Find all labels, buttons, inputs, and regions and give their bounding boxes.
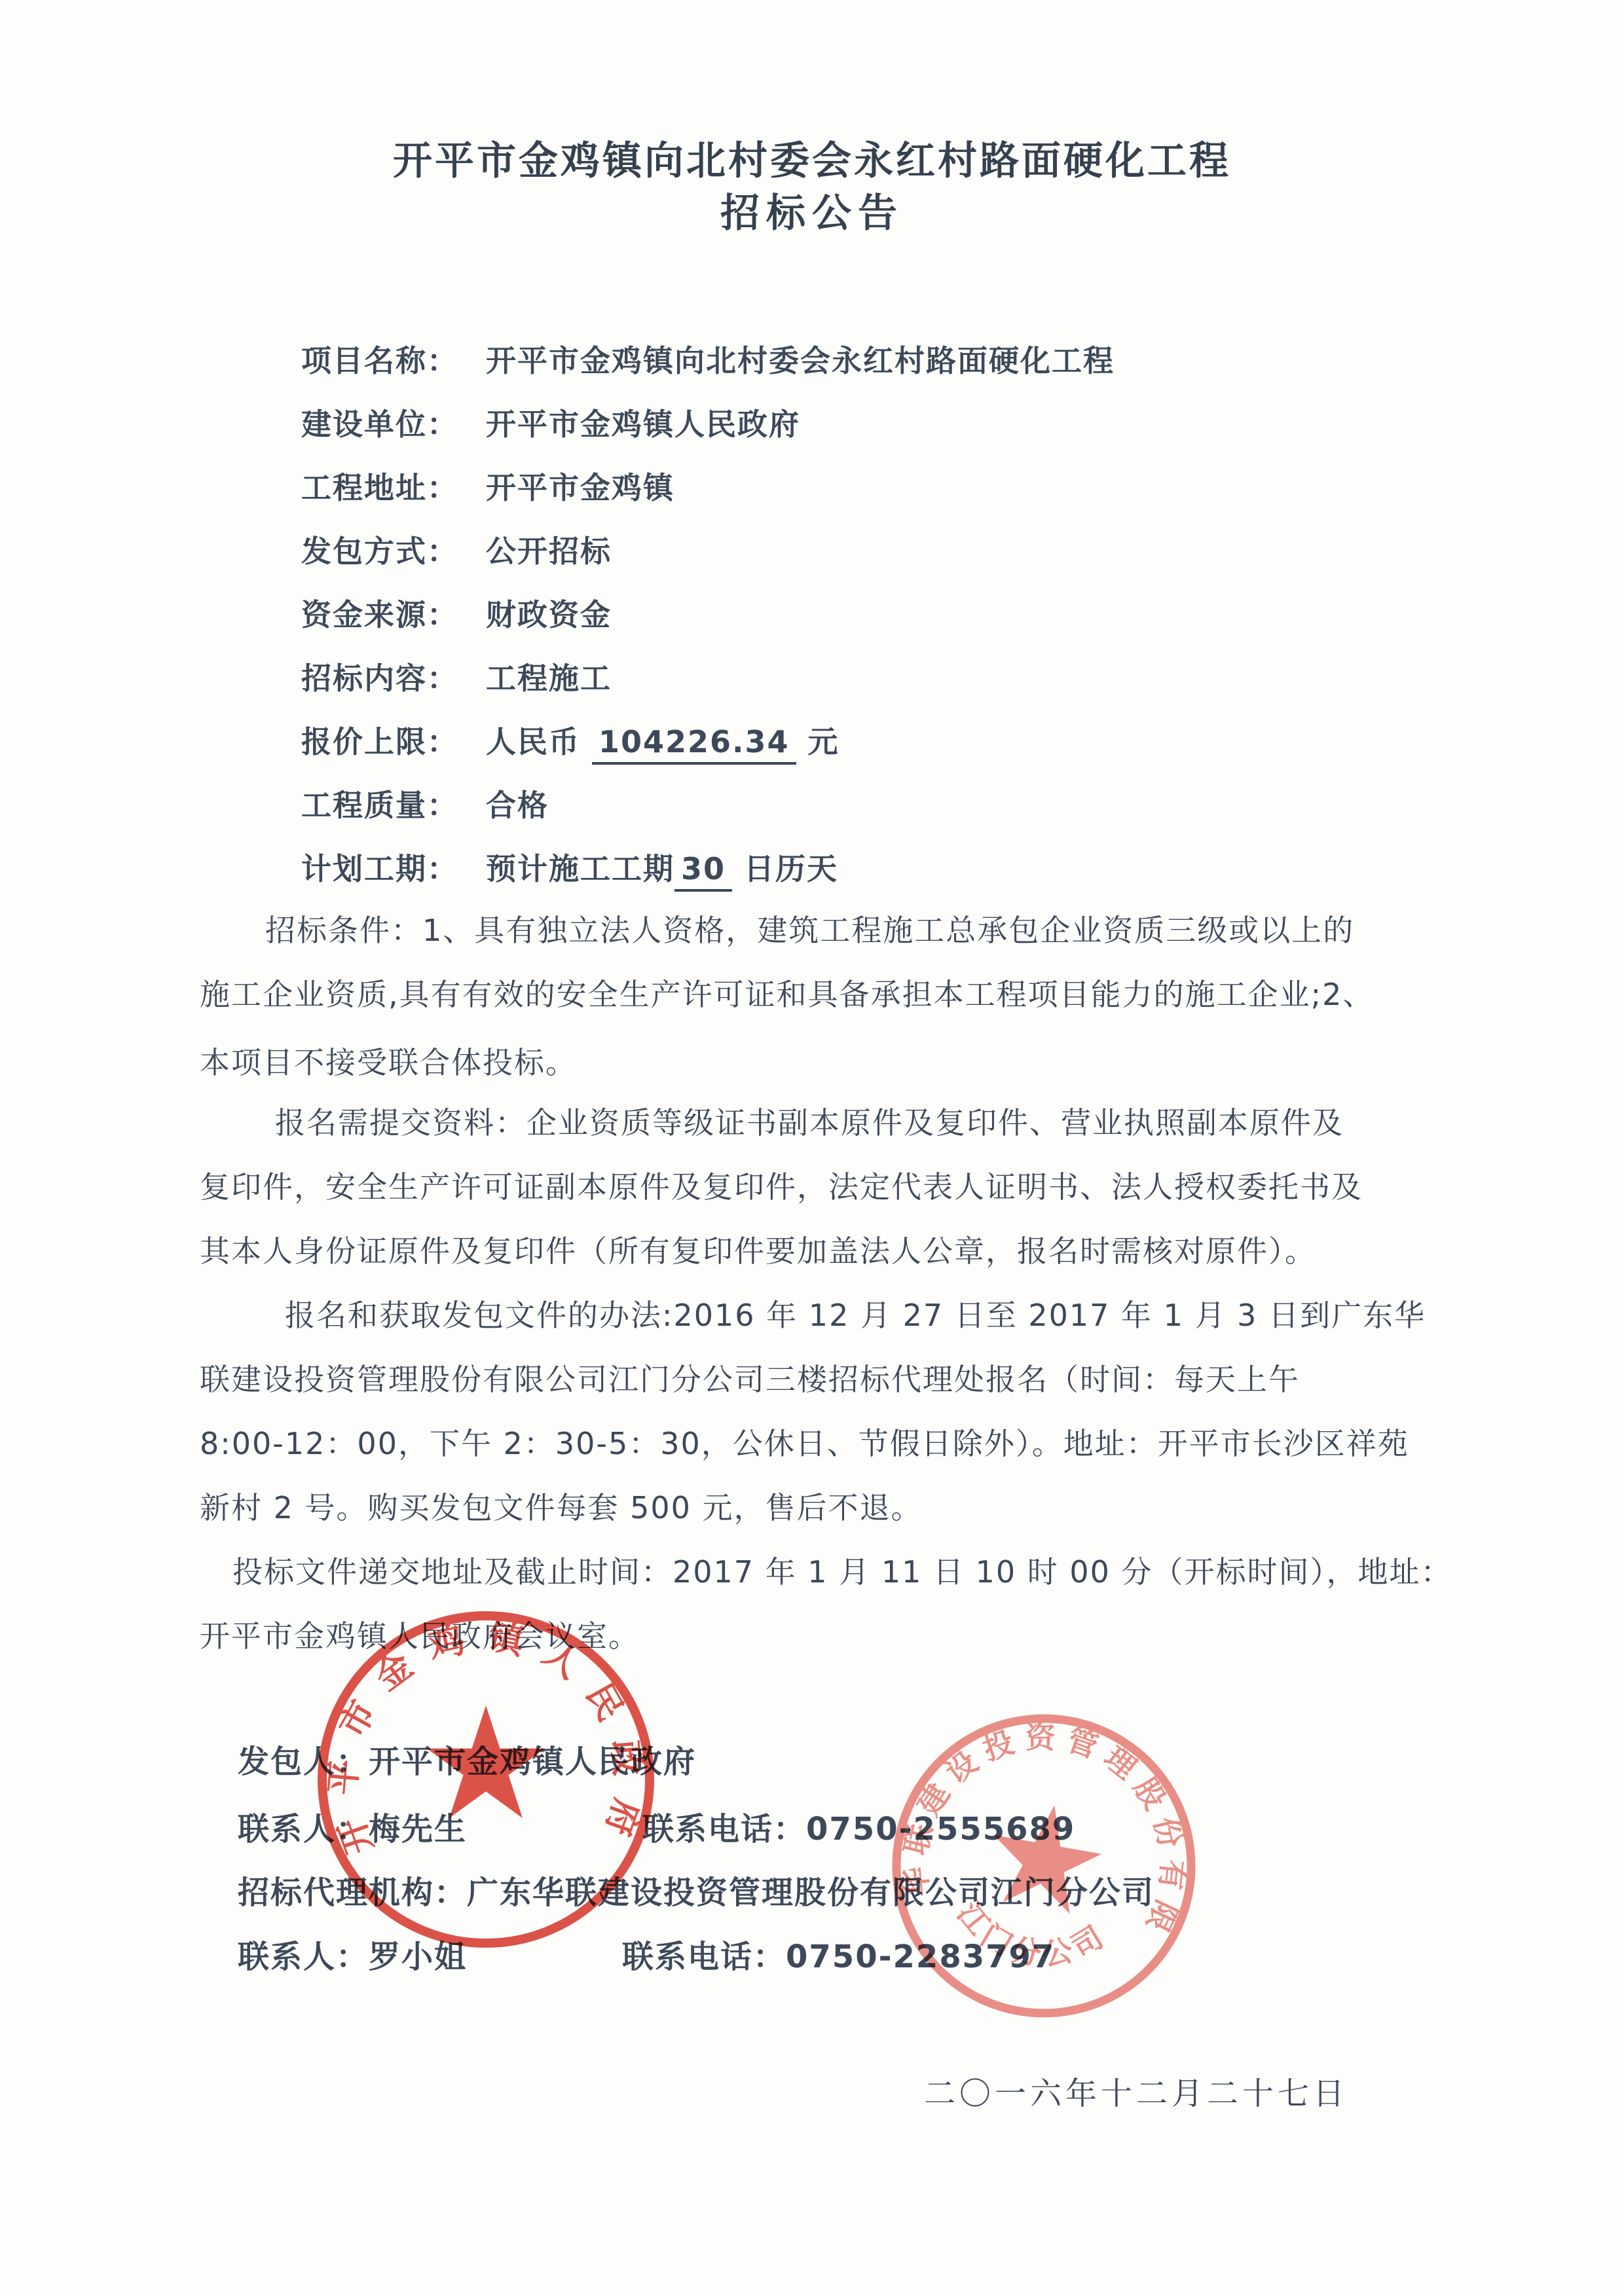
tender-conditions-line-2: 施工企业资质,具有有效的安全生产许可证和具备承担本工程项目能力的施工企业;2、	[200, 974, 1374, 1015]
price-ceiling-amount-underlined: 104226.34	[592, 724, 796, 765]
field-value-price-ceiling-pre: 人民币	[486, 724, 592, 759]
required-documents-line-3: 其本人身份证原件及复印件（所有复印件要加盖法人公章，报名时需核对原件）。	[200, 1231, 1316, 1271]
field-row-funding-source: 资金来源：财政资金	[301, 594, 612, 635]
document-title-line1: 开平市金鸡镇向北村委会永红村路面硬化工程	[0, 130, 1624, 186]
agency-line: 招标代理机构：广东华联建设投资管理股份有限公司江门分公司	[238, 1872, 1154, 1913]
field-value-project-address: 开平市金鸡镇	[486, 470, 674, 505]
tender-conditions-line-3: 本项目不接受联合体投标。	[200, 1042, 577, 1083]
field-label-planned-duration: 计划工期：	[301, 851, 458, 886]
field-value-project-name: 开平市金鸡镇向北村委会永红村路面硬化工程	[486, 343, 1115, 378]
field-value-contracting-method: 公开招标	[486, 534, 612, 569]
scanned-tender-announcement-page: 开平市金鸡镇向北村委会永红村路面硬化工程 招标公告 项目名称：开平市金鸡镇向北村…	[0, 0, 1624, 2296]
registration-method-line-1: 报名和获取发包文件的办法:2016 年 12 月 27 日至 2017 年 1 …	[285, 1295, 1426, 1336]
field-value-construction-unit: 开平市金鸡镇人民政府	[486, 407, 800, 442]
field-row-tender-content: 招标内容：工程施工	[301, 658, 612, 699]
field-label-funding-source: 资金来源：	[301, 597, 458, 632]
contact1-name: 联系人：梅先生	[238, 1809, 467, 1850]
field-value-duration-post: 日历天	[732, 851, 838, 886]
field-value-tender-content: 工程施工	[486, 661, 612, 696]
duration-days-underlined: 30	[674, 851, 732, 892]
field-row-price-ceiling: 报价上限：人民币 104226.34 元	[301, 721, 840, 762]
seal-ring	[874, 1696, 1214, 2036]
contact1-phone: 联系电话：0750-2555689	[642, 1809, 1075, 1850]
field-row-contracting-method: 发包方式：公开招标	[301, 531, 612, 572]
registration-method-line-4: 新村 2 号。购买发包文件每套 500 元，售后不退。	[200, 1487, 923, 1528]
bid-submission-line-1: 投标文件递交地址及截止时间：2017 年 1 月 11 日 10 时 00 分（…	[232, 1552, 1452, 1592]
contact2-name: 联系人：罗小姐	[238, 1937, 467, 1977]
field-label-project-name: 项目名称：	[301, 343, 458, 378]
tender-conditions-line-1: 招标条件：1、具有独立法人资格，建筑工程施工总承包企业资质三级或以上的	[265, 910, 1354, 951]
field-label-project-address: 工程地址：	[301, 470, 458, 505]
document-date: 二〇一六年十二月二十七日	[924, 2073, 1348, 2114]
registration-method-line-3: 8:00-12：00，下午 2：30-5：30，公休日、节假日除外）。地址：开平…	[200, 1423, 1409, 1464]
field-value-funding-source: 财政资金	[486, 597, 612, 632]
required-documents-line-1: 报名需提交资料：企业资质等级证书副本原件及复印件、营业执照副本原件及	[275, 1102, 1344, 1143]
registration-method-line-2: 联建设投资管理股份有限公司江门分公司三楼招标代理处报名（时间：每天上午	[200, 1359, 1300, 1400]
field-value-project-quality: 合格	[486, 788, 549, 823]
field-row-project-quality: 工程质量：合格	[301, 785, 549, 826]
required-documents-line-2: 复印件，安全生产许可证副本原件及复印件，法定代表人证明书、法人授权委托书及	[200, 1167, 1363, 1207]
field-label-contracting-method: 发包方式：	[301, 534, 458, 569]
contact2-phone: 联系电话：0750-2283797	[622, 1937, 1055, 1977]
document-title-line2: 招标公告	[0, 182, 1624, 238]
field-label-project-quality: 工程质量：	[301, 788, 458, 823]
field-row-planned-duration: 计划工期：预计施工工期30 日历天	[301, 848, 838, 889]
field-label-price-ceiling: 报价上限：	[301, 724, 458, 759]
bid-submission-line-2: 开平市金鸡镇人民政府会议室。	[200, 1616, 640, 1656]
field-label-tender-content: 招标内容：	[301, 661, 458, 696]
employer-line: 发包人：开平市金鸡镇人民政府	[238, 1741, 696, 1782]
agency-seal: 广东华联建设投资管理股份有限公司 江门分公司	[874, 1696, 1214, 2036]
field-value-duration-pre: 预计施工工期	[486, 851, 674, 886]
field-row-project-address: 工程地址：开平市金鸡镇	[301, 467, 674, 508]
field-label-construction-unit: 建设单位：	[301, 407, 458, 442]
field-row-project-name: 项目名称：开平市金鸡镇向北村委会永红村路面硬化工程	[301, 340, 1115, 381]
field-row-construction-unit: 建设单位：开平市金鸡镇人民政府	[301, 404, 800, 445]
field-value-price-ceiling-post: 元	[796, 724, 840, 759]
